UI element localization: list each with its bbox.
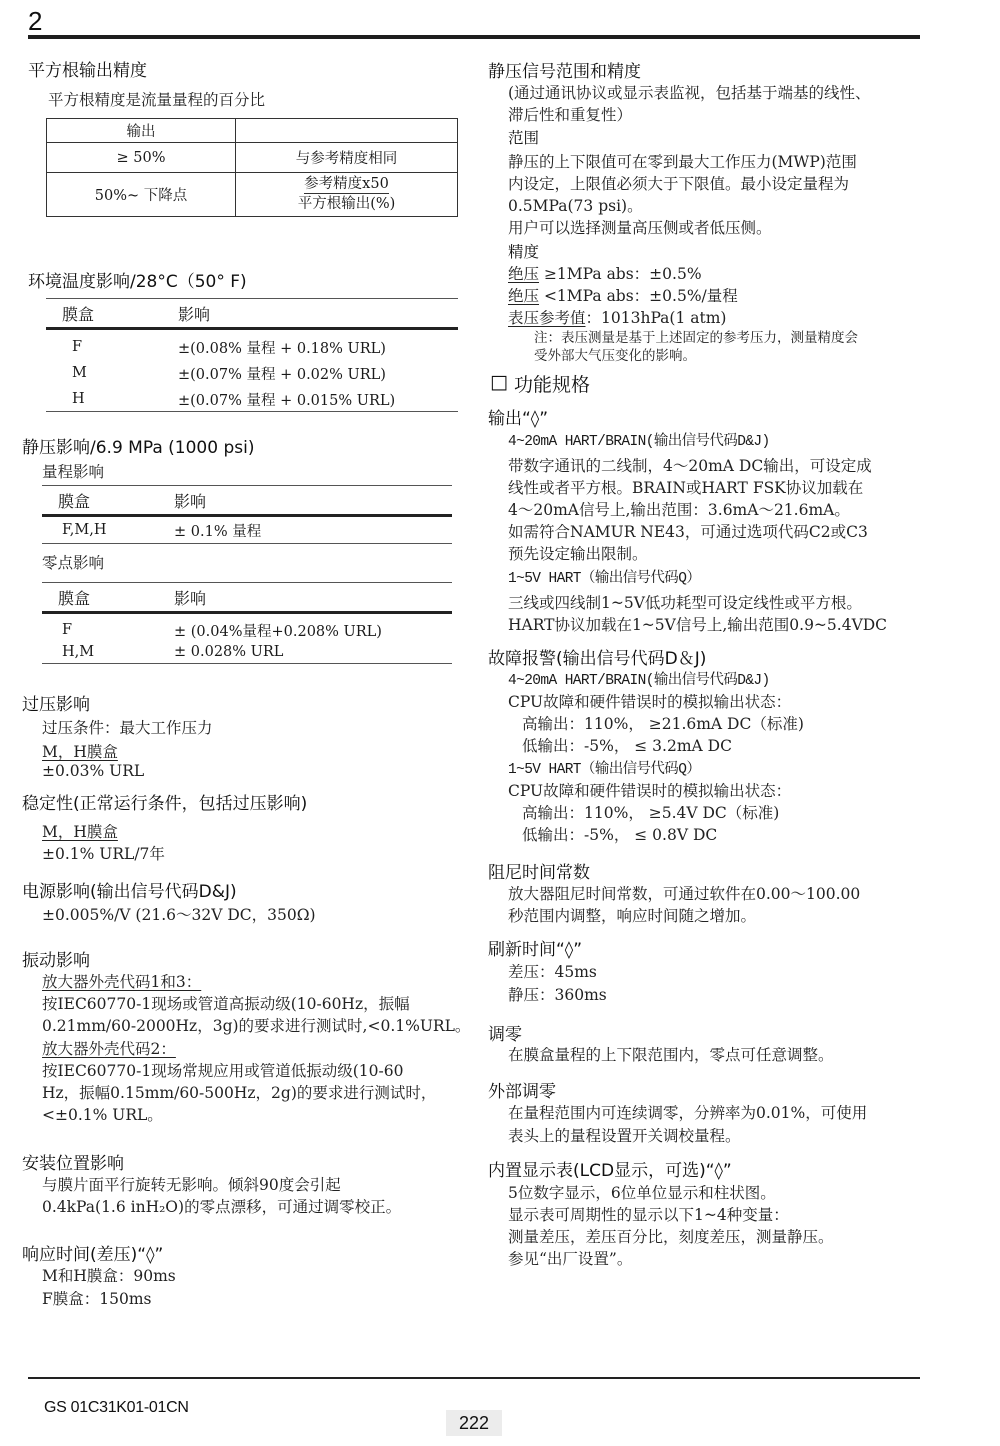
cell-capsule: H,M [42,644,174,660]
output-text: 线性或者平方根。BRAIN或HART FSK协议加载在 [508,476,863,498]
section-title: 电源影响(输出信号代码D&J) [22,877,237,902]
gauge-ref-value: ：1013hPa(1 atm) [586,309,727,327]
accuracy-gauge-ref: 表压参考值：1013hPa(1 atm) [508,306,726,328]
document-id: GS 01C31K01-01CN [44,1399,189,1417]
output-subtitle: 4~20mA HART/BRAIN(输出信号代码D&J) [508,429,770,450]
accuracy-abs-high: 绝压 ≥1MPa abs：±0.5% [508,262,702,284]
table-cell: 与参考精度相同 [236,143,458,173]
accuracy-label: 精度 [508,240,539,262]
output-text: 如需符合NAMUR NE43，可通过选项代码C2或C3 [508,520,868,542]
abs-pressure-label: 绝压 [508,265,539,283]
range-label: 范围 [508,126,539,148]
section-title: 故障报警(输出信号代码D＆J) [488,644,706,669]
accuracy-value: ≥1MPa abs：±0.5% [539,265,702,283]
update-time-value: 差压：45ms [508,960,597,982]
zero-effect-table: 膜盒 影响 F ± (0.04%量程+0.208% URL) H,M ± 0.0… [42,582,452,664]
table-row: M ±(0.07% 量程 + 0.02% URL) [46,360,458,386]
section-title: 稳定性(正常运行条件，包括过压影响) [22,789,307,814]
external-zero-text: 表头上的量程设置开关调校量程。 [508,1124,741,1146]
gauge-ref-label: 表压参考值 [508,309,586,327]
power-supply-value: ±0.005%/V (21.6～32V DC，350Ω) [42,903,316,925]
cell-effect: ± (0.04%量程+0.208% URL) [174,620,382,641]
stability-value: ±0.1% URL/7年 [42,842,165,864]
output-text: 三线或四线制1~5V低功耗型可设定线性或平方根。 [508,591,862,613]
accuracy-value: <1MPa abs：±0.5%/量程 [539,287,738,305]
case-code-label: 放大器外壳代码2： [42,1037,176,1059]
ambient-temp-table: 膜盒 影响 F ±(0.08% 量程 + 0.18% URL) M ±(0.07… [46,298,458,412]
alarm-subtitle: 4~20mA HART/BRAIN(输出信号代码D&J) [508,668,770,689]
alarm-text: CPU故障和硬件错误时的模拟输出状态： [508,690,791,712]
damping-text: 秒范围内调整，响应时间随之增加。 [508,904,756,926]
range-text: 静压的上下限值可在零到最大工作压力(MWP)范围 [508,150,857,172]
section-title: 输出“◊” [488,404,548,429]
update-time-value: 静压：360ms [508,983,607,1005]
zero-effect-label: 零点影响 [42,551,104,573]
section-title: 过压影响 [22,690,90,715]
span-effect-label: 量程影响 [42,460,104,482]
cell-effect: ± 0.1% 量程 [174,520,261,541]
vibration-text: Hz，振幅0.15mm/60-500Hz，2g)的要求进行测试时， [42,1081,436,1103]
zero-adjust-text: 在膜盒量程的上下限范围内，零点可任意调整。 [508,1043,834,1065]
response-time-value: F膜盒：150ms [42,1287,152,1309]
lcd-text: 显示表可周期性的显示以下1~4种变量： [508,1203,789,1225]
table-row: ≥ 50% 与参考精度相同 [47,143,458,173]
lcd-text: 参见“出厂设置”。 [508,1247,632,1269]
cell-capsule: F [42,622,174,638]
table-header: 膜盒 影响 [42,583,452,614]
section-title: 环境温度影响/28°C（50° F) [28,267,247,292]
capsule-label: M，H膜盒 [42,740,118,762]
table-header-cell: 输出 [47,119,236,143]
header-capsule: 膜盒 [46,302,178,325]
static-signal-note: 滞后性和重复性） [508,103,632,125]
range-text: 内设定，上限值必须大于下限值。最小设定量程为 [508,172,849,194]
table-row: H,M ± 0.028% URL [42,642,452,662]
vibration-text: <±0.1% URL。 [42,1103,163,1125]
output-text: 预先设定输出限制。 [508,542,648,564]
section-title: 静压信号范围和精度 [488,57,641,82]
alarm-high-output: 高输出：110%， ≥5.4V DC（标准) [522,801,779,823]
overpressure-value: ±0.03% URL [42,762,144,780]
chapter-number: 2 [28,6,42,37]
page-number: 222 [446,1410,502,1436]
lcd-text: 测量差压，差压百分比，刻度差压，测量静压。 [508,1225,834,1247]
section-title: 调零 [488,1020,522,1045]
mounting-text: 0.4kPa(1.6 inH₂O)的零点漂移，可通过调零校正。 [42,1195,401,1217]
footer-rule [28,1377,920,1379]
cell-effect: ±(0.08% 量程 + 0.18% URL) [178,337,386,358]
section-title: 内置显示表(LCD显示，可选)“◊” [488,1156,732,1181]
vibration-text: 按IEC60770-1现场或管道高振动级(10-60Hz，振幅 [42,992,410,1014]
header-effect: 影响 [174,586,206,609]
response-time-value: M和H膜盒：90ms [42,1264,176,1286]
cell-capsule: F [46,339,178,355]
external-zero-text: 在量程范围内可连续调零，分辨率为0.01%，可使用 [508,1101,867,1123]
table-cell: 50%~ 下降点 [47,173,236,217]
accuracy-abs-low: 绝压 <1MPa abs：±0.5%/量程 [508,284,738,306]
table-row: 50%~ 下降点 参考精度x50 平方根输出(%) [47,173,458,217]
range-text: 用户可以选择测量高压侧或者低压侧。 [508,216,772,238]
section-title: 平方根输出精度 [28,56,147,81]
sqrt-accuracy-table: 输出 ≥ 50% 与参考精度相同 50%~ 下降点 参考精度x50 平方根输出(… [46,118,458,217]
alarm-text: CPU故障和硬件错误时的模拟输出状态： [508,779,791,801]
table-header: 膜盒 影响 [42,486,452,517]
header-capsule: 膜盒 [42,586,174,609]
table-cell-fraction: 参考精度x50 平方根输出(%) [236,173,458,217]
section-title: 安装位置影响 [22,1149,124,1174]
mounting-text: 与膜片面平行旋转无影响。倾斜90度会引起 [42,1173,341,1195]
section-title: 阻尼时间常数 [488,858,590,883]
output-text: 带数字通讯的二线制，4～20mA DC输出，可设定成 [508,454,872,476]
table-row: F ± (0.04%量程+0.208% URL) [42,618,452,642]
section-title: 响应时间(差压)“◊” [22,1240,163,1265]
header-effect: 影响 [178,302,210,325]
table-cell: ≥ 50% [47,143,236,173]
case-code-label: 放大器外壳代码1和3： [42,970,201,992]
damping-text: 放大器阻尼时间常数，可通过软件在0.00～100.00 [508,882,860,904]
footnote: 注：表压测量是基于上述固定的参考压力，测量精度会 [534,326,858,346]
cell-capsule: M [46,365,178,381]
checkbox-square-icon: □ [490,371,508,393]
output-text: 4～20mA信号上,输出范围：3.6mA～21.6mA。 [508,498,850,520]
table-header: 膜盒 影响 [46,299,458,330]
fraction-numerator: 参考精度x50 [304,175,389,194]
section-title: 振动影响 [22,946,90,971]
output-text: HART协议加载在1~5V信号上,输出范围0.9~5.4VDC [508,613,887,635]
alarm-high-output: 高输出：110%， ≥21.6mA DC（标准) [522,712,804,734]
functional-spec-title: 功能规格 [514,370,590,397]
table-row: F ±(0.08% 量程 + 0.18% URL) [46,334,458,360]
table-row: H ±(0.07% 量程 + 0.015% URL) [46,386,458,412]
fraction-denominator: 平方根输出(%) [298,196,396,212]
overpressure-condition: 过压条件：最大工作压力 [42,716,213,738]
header-rule [28,35,920,39]
span-effect-table: 膜盒 影响 F,M,H ± 0.1% 量程 [42,485,452,544]
section-title: 静压影响/6.9 MPa (1000 psi) [22,433,254,458]
cell-effect: ±(0.07% 量程 + 0.015% URL) [178,389,395,410]
section-subtitle: 平方根精度是流量量程的百分比 [48,88,265,110]
lcd-text: 5位数字显示，6位单位显示和柱状图。 [508,1181,776,1203]
vibration-text: 按IEC60770-1现场常规应用或管道低振动级(10-60 [42,1059,403,1081]
alarm-low-output: 低输出：-5%， ≤ 0.8V DC [522,823,717,845]
section-title: 刷新时间“◊” [488,935,582,960]
footnote: 受外部大气压变化的影响。 [534,344,696,364]
section-title: 外部调零 [488,1077,556,1102]
vibration-text: 0.21mm/60-2000Hz，3g)的要求进行测试时,<0.1%URL。 [42,1014,470,1036]
cell-effect: ±(0.07% 量程 + 0.02% URL) [178,363,386,384]
range-text: 0.5MPa(73 psi)。 [508,194,643,216]
capsule-label: M，H膜盒 [42,820,118,842]
header-capsule: 膜盒 [42,489,174,512]
cell-capsule: H [46,391,178,407]
output-subtitle: 1~5V HART（输出信号代码Q） [508,566,700,587]
table-row: F,M,H ± 0.1% 量程 [42,517,452,543]
static-signal-note: (通过通讯协议或显示表监视，包括基于端基的线性、 [508,81,871,103]
alarm-subtitle: 1~5V HART（输出信号代码Q） [508,757,700,778]
header-effect: 影响 [174,489,206,512]
alarm-low-output: 低输出：-5%， ≤ 3.2mA DC [522,734,732,756]
cell-effect: ± 0.028% URL [174,644,283,660]
cell-capsule: F,M,H [42,522,174,538]
abs-pressure-label: 绝压 [508,287,539,305]
table-header-cell [236,119,458,143]
